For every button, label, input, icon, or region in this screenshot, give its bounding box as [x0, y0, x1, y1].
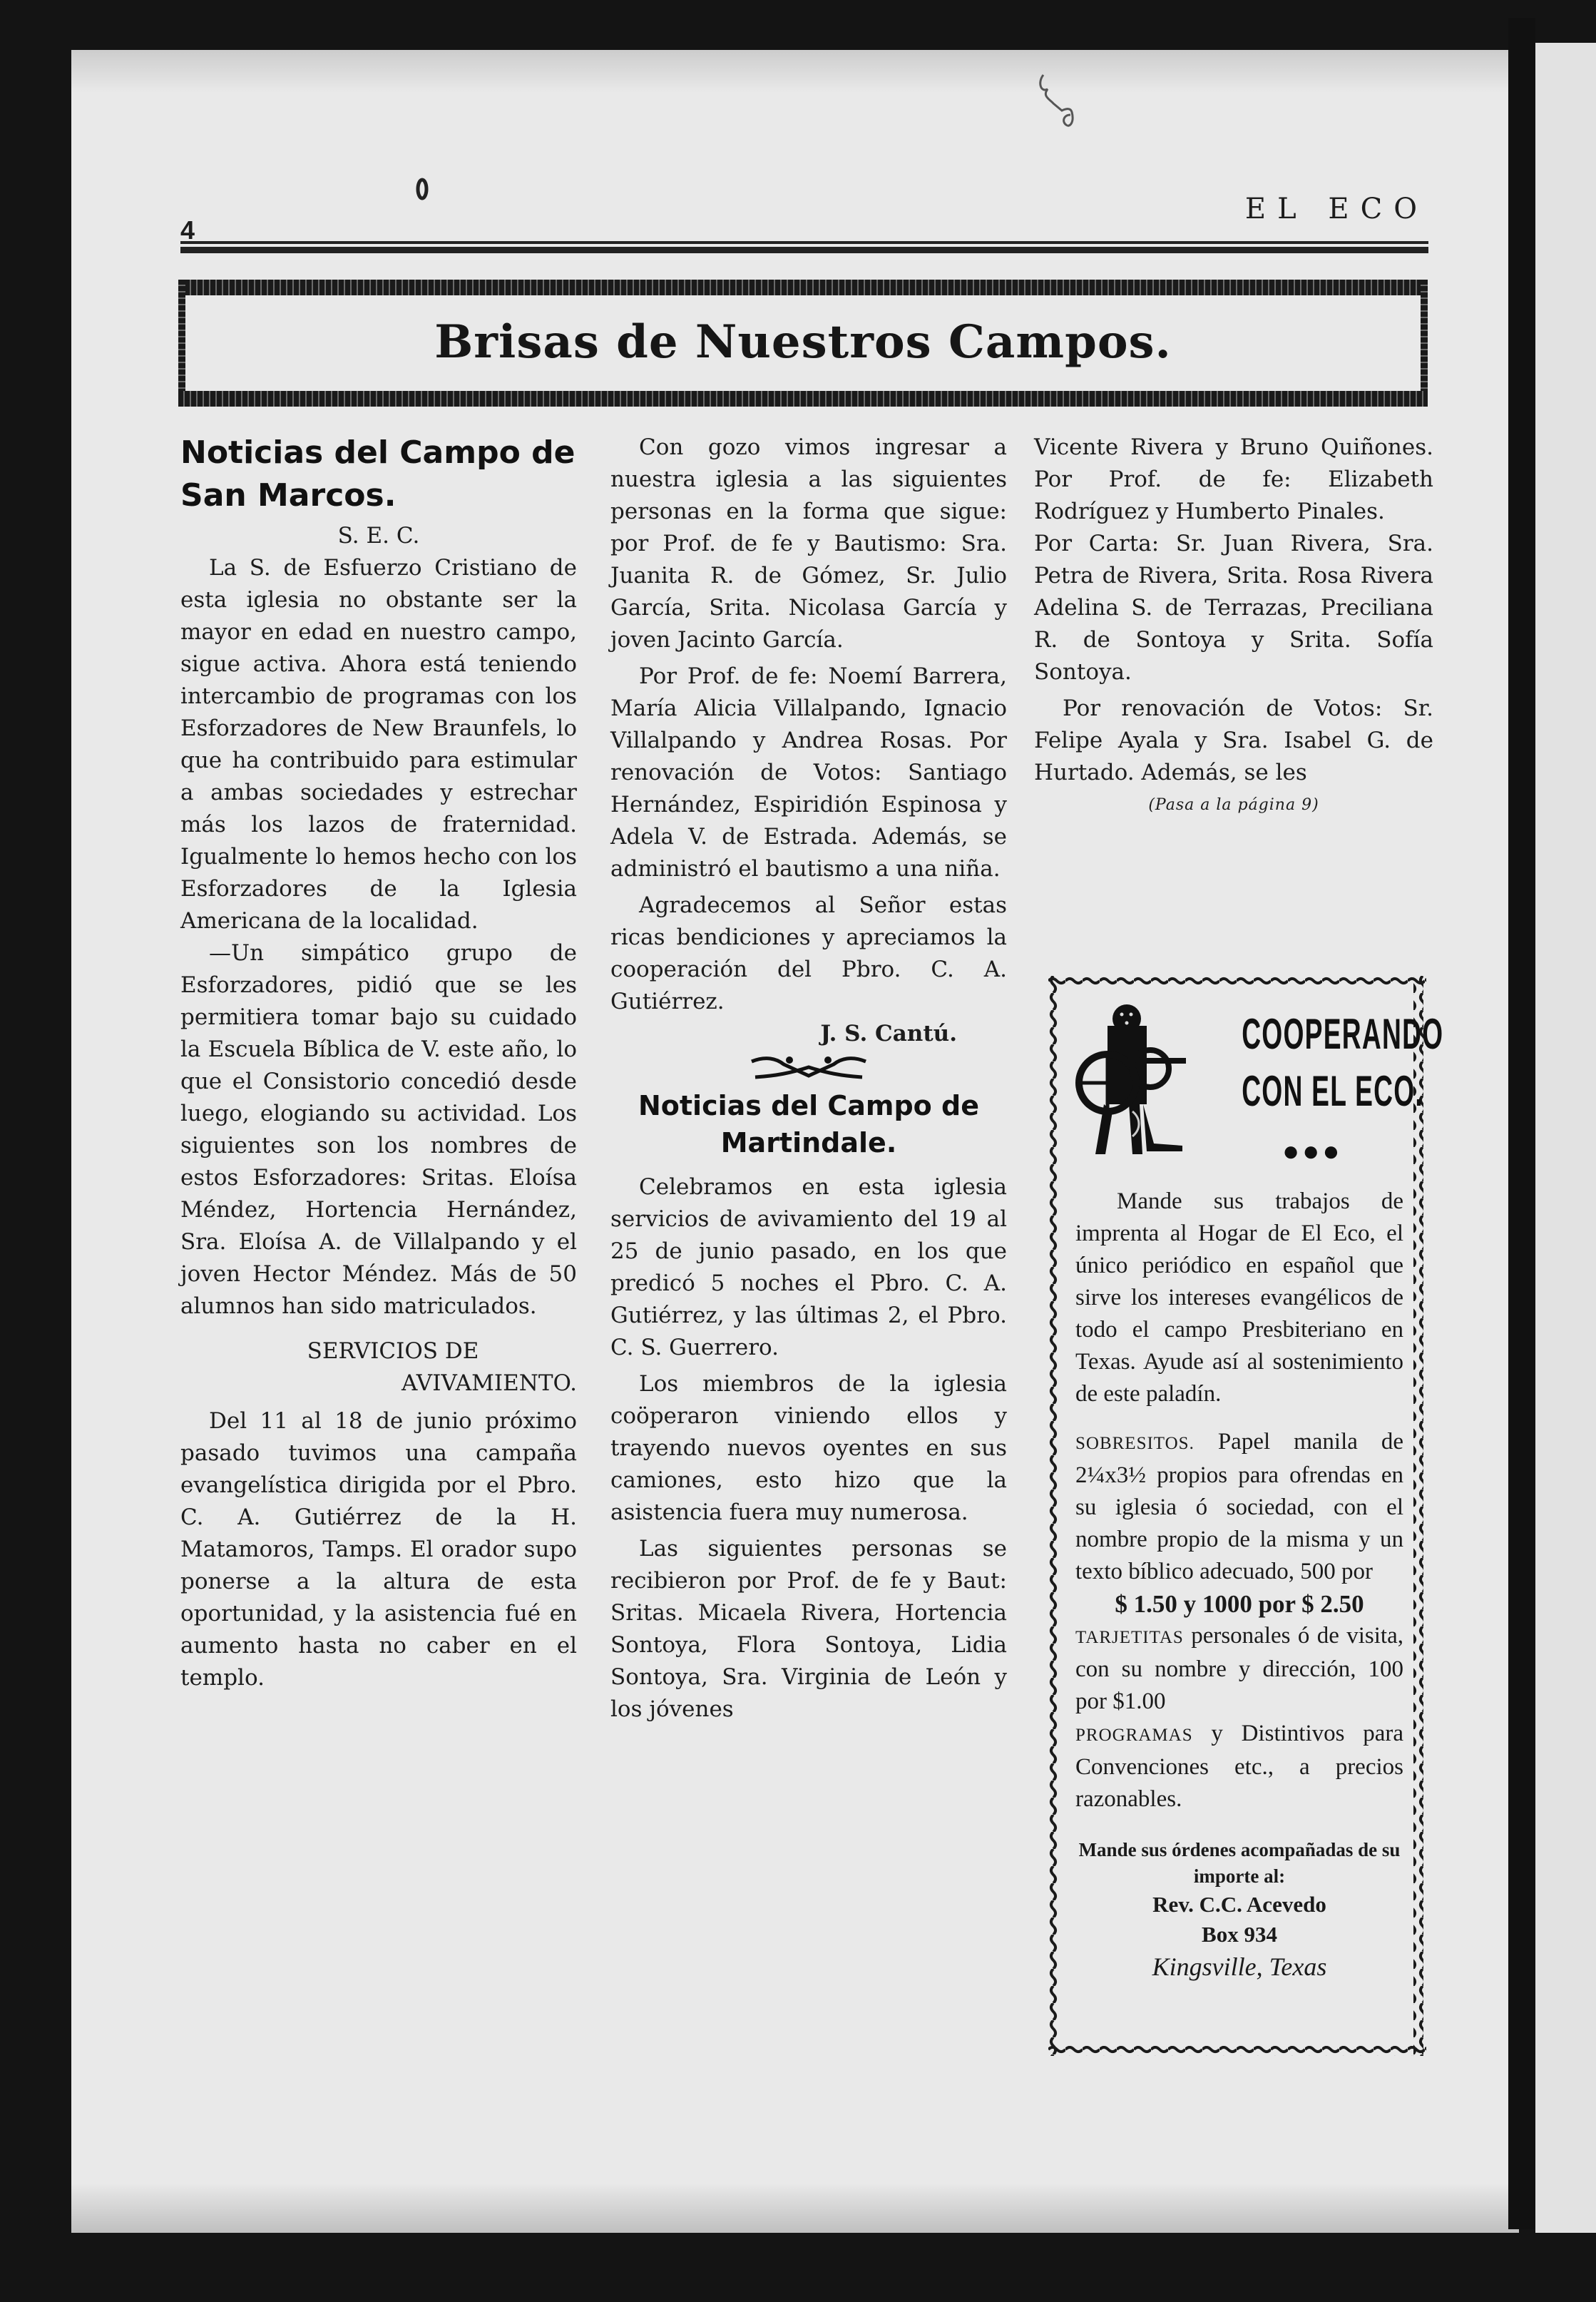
section-banner: Brisas de Nuestros Campos. — [178, 280, 1428, 407]
article-paragraph: Por renovación de Votos: Sr. Felipe Ayal… — [1034, 693, 1433, 789]
article-paragraph: Las siguientes personas se recibieron po… — [610, 1533, 1007, 1726]
article-subhead: S. E. C. — [180, 520, 577, 552]
contact-city: Kingsville, Texas — [1075, 1950, 1403, 1984]
article-paragraph: Los miembros de la iglesia coöperaron vi… — [610, 1368, 1007, 1529]
advertisement-contact: Mande sus órdenes acompañadas de su impo… — [1075, 1837, 1403, 1984]
article-title-martindale: Noticias del Campo de Martindale. — [610, 1087, 1007, 1161]
contact-name: Rev. C.C. Acevedo — [1075, 1890, 1403, 1920]
advertisement-title: COOPERANDO CON EL ECO. — [1242, 1006, 1366, 1120]
sobresitos-price: $ 1.50 y 1000 por $ 2.50 — [1075, 1588, 1403, 1620]
article-signature: J. S. Cantú. — [610, 1018, 1007, 1050]
article-paragraph: Del 11 al 18 de junio próximo pasado tuv… — [180, 1405, 577, 1694]
section-heading: AVIVAMIENTO. — [180, 1368, 577, 1400]
banner-border-bottom — [178, 391, 1428, 407]
article-paragraph: Por Carta: Sr. Juan Rivera, Sra. Petra d… — [1034, 528, 1433, 688]
banner-border-top — [178, 280, 1428, 295]
advertisement-box: COOPERANDO CON EL ECO. ●●● Mande sus tra… — [1048, 976, 1426, 2060]
page-binding-edge — [1508, 18, 1535, 2229]
column-2: Con gozo vimos ingresar a nuestra iglesi… — [610, 432, 1007, 1726]
column-3: Vicente Rivera y Bruno Quiñones. Por Pro… — [1034, 432, 1433, 821]
advertisement-content: COOPERANDO CON EL ECO. ●●● Mande sus tra… — [1075, 992, 1403, 1984]
article-paragraph: —Un simpático grupo de Esforzadores, pid… — [180, 937, 577, 1323]
column-1: Noticias del Campo de San Marcos. S. E. … — [180, 432, 577, 1694]
advertisement-sobresitos: SOBRESITOS. Papel manila de 2¼x3½ propio… — [1075, 1426, 1403, 1588]
article-paragraph: Con gozo vimos ingresar a nuestra iglesi… — [610, 432, 1007, 656]
article-paragraph: Celebramos en esta iglesia servicios de … — [610, 1171, 1007, 1364]
sobresitos-label: SOBRESITOS. — [1075, 1434, 1195, 1453]
header-rule — [180, 241, 1428, 253]
article-paragraph: Vicente Rivera y Bruno Quiñones. Por Pro… — [1034, 432, 1433, 528]
page-header: 4 EL ECO — [180, 193, 1428, 271]
article-title-san-marcos: Noticias del Campo de San Marcos. — [180, 432, 577, 517]
section-heading: SERVICIOS DE — [180, 1335, 577, 1368]
programas-label: PROGRAMAS — [1075, 1726, 1193, 1745]
advertisement-header: COOPERANDO CON EL ECO. ●●● — [1075, 992, 1403, 1186]
masthead: EL ECO — [1245, 193, 1428, 225]
advertisement-title-line: COOPERANDO — [1242, 1006, 1366, 1063]
advertisement-intro: Mande sus trabajos de imprenta al Hogar … — [1075, 1186, 1403, 1410]
article-paragraph: Por Prof. de fe: Noemí Barrera, María Al… — [610, 661, 1007, 885]
advertisement-title-line: CON EL ECO. — [1242, 1063, 1366, 1120]
order-instructions: Mande sus órdenes acompañadas de su impo… — [1075, 1837, 1403, 1890]
tarjetitas-label: TARJETITAS — [1075, 1628, 1184, 1647]
dots-ornament-icon: ●●● — [1282, 1134, 1342, 1168]
article-paragraph: La S. de Esfuerzo Cristiano de esta igle… — [180, 552, 577, 937]
contact-box: Box 934 — [1075, 1920, 1403, 1950]
advertisement-programas: PROGRAMAS y Distintivos para Convencione… — [1075, 1718, 1403, 1815]
adjacent-page-edge — [1535, 43, 1596, 2233]
decorative-flourish-icon — [748, 1054, 869, 1083]
article-paragraph: Agradecemos al Señor estas ricas bendici… — [610, 890, 1007, 1018]
printing-press-icon — [1075, 1004, 1190, 1161]
advertisement-tarjetitas: TARJETITAS personales ó de visita, con s… — [1075, 1620, 1403, 1718]
handwritten-mark-icon — [1038, 68, 1095, 132]
continued-on-page-note: (Pasa a la página 9) — [1034, 789, 1433, 821]
banner-title: Brisas de Nuestros Campos. — [178, 315, 1428, 369]
